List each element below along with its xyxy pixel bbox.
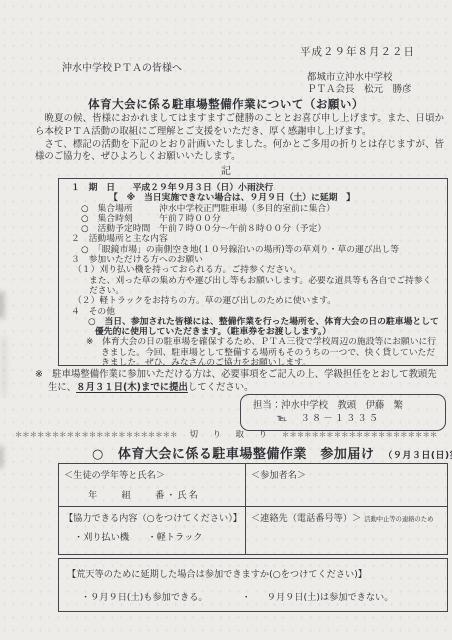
notice-line: ○ 集合時刻 午前７時００分 — [59, 214, 439, 224]
option-separator-dot: ・ — [242, 589, 251, 603]
document-date: 平成２９年８月２２日 — [300, 44, 415, 59]
contact-number-note: 活動中止等の連絡のため — [364, 516, 433, 523]
student-name-header: ＜生徒の学年等と氏名＞ — [64, 467, 240, 481]
notice-line: （１）刈り払い機を持っておられる方。ご持参ください。 — [59, 265, 439, 275]
greeting-paragraph-1: 晩夏の候、皆様におかれましてはますますご健勝のこととお喜び申し上げます。また、日… — [35, 113, 444, 139]
postponement-option-yes[interactable]: ・９月９日(土)も参加できる。 — [81, 589, 208, 603]
notice-line: ４ その他 — [59, 307, 439, 317]
cutline-stars-right: ＊＊＊＊＊＊＊＊＊＊＊＊＊＊＊＊＊＊＊＊＊ — [282, 429, 437, 440]
notice-line: ○ 集合場所 沖水中学校正門駐車場（多目的室前に集合） — [59, 204, 439, 214]
participant-name-header: ＜参加者名＞ — [251, 467, 442, 481]
notice-line: 【 ※ 当日実施できない場合は、９月９日（土）に延期 】 — [59, 193, 439, 203]
notice-line: ○ 当日、参加された皆様には、整備作業を行った場所を、体育大会の日の駐車場として… — [59, 317, 439, 338]
notice-details-box: １ 期 日 平成２９年９月３日（日）小雨決行 【 ※ 当日実施できない場合は、９… — [58, 178, 448, 366]
submission-deadline: ８月３１日(木)までに提出 — [76, 382, 188, 393]
notice-line: ２ 活動場所と主な内容 — [59, 234, 439, 244]
postponement-question-box: 【荒天等のために延期した場合は参加できますか(○をつけてください)】 ・９月９日… — [58, 558, 448, 612]
sender-name: ＰＴＡ会長 松元 勝彦 — [307, 84, 412, 96]
scan-smudge — [2, 336, 6, 396]
scanned-document-page: 平成２９年８月２２日 沖水中学校ＰＴＡの皆様へ 都城市立沖水中学校 ＰＴＡ会長 … — [0, 0, 452, 640]
document-title: 体育大会に係る駐車場整備作業について（お願い） — [0, 96, 452, 112]
notice-line: また、刈った草の集め方や運び出し等もお願いします。必要な道具等も各自でご持参くだ… — [59, 276, 439, 297]
contact-person: 担当：沖水中学校 教頭 伊藤 繁 — [253, 399, 437, 412]
postponement-question: 【荒天等のために延期した場合は参加できますか(○をつけてください)】 — [67, 566, 439, 580]
cut-here-line: ＊＊＊＊＊＊＊＊＊＊＊＊＊＊＊＊＊＊＊＊＊＊ 切 り 取 り ＊＊＊＊＊＊＊＊＊… — [0, 428, 452, 440]
notice-line: ○ 活動予定時間 午前７時００分～午前８時００分（予定） — [59, 224, 439, 234]
postponement-option-no[interactable]: ９月９日(土)は参加できない。 — [267, 589, 394, 603]
form-title: ○体育大会に係る駐車場整備作業 参加届け （９月３日(日)実施） — [92, 443, 452, 462]
cutline-stars-left: ＊＊＊＊＊＊＊＊＊＊＊＊＊＊＊＊＊＊＊＊＊＊ — [15, 429, 178, 440]
participant-name-cell[interactable]: ＜参加者名＞ — [246, 464, 447, 507]
cutline-label: 切 り 取 り — [189, 428, 270, 440]
recipient-line: 沖水中学校ＰＴＡの皆様へ — [62, 59, 182, 74]
submission-instruction-tail: してください。 — [188, 382, 254, 393]
cooperation-header: 【協力できる内容（○をつけてください）】 — [64, 510, 240, 524]
notice-line: １ 期 日 平成２９年９月３日（日）小雨決行 — [59, 183, 439, 193]
postponement-options: ・９月９日(土)も参加できる。 ・ ９月９日(土)は参加できない。 — [67, 589, 439, 603]
greeting-paragraphs: 晩夏の候、皆様におかれましてはますますご健勝のこととお喜び申し上げます。また、日… — [35, 113, 444, 164]
contact-phone: ℡ ３８－１３３５ — [253, 412, 437, 425]
contact-info-box: 担当：沖水中学校 教頭 伊藤 繁 ℡ ３８－１３３５ — [240, 394, 446, 431]
participation-form-table: ＜生徒の学年等と氏名＞ 年 組 番・氏名 ＜参加者名＞ 【協力できる内容（○をつ… — [58, 463, 448, 555]
form-title-text: 体育大会に係る駐車場整備作業 参加届け — [118, 447, 375, 462]
contact-number-cell[interactable]: ＜連絡先（電話番号等）＞ 活動中止等の連絡のため — [246, 507, 447, 554]
submission-instruction: ※ 駐車場整備作業に参加いただける方は、必要事項をご記入の上、学級担任をとおして… — [35, 369, 443, 394]
cooperation-options[interactable]: ・刈り払い機 ・軽トラック — [64, 529, 240, 543]
form-title-mark: ○ — [92, 447, 104, 462]
student-name-sub: 年 組 番・氏名 — [64, 487, 240, 501]
sender-block: 都城市立沖水中学校 ＰＴＡ会長 松元 勝彦 — [307, 72, 412, 96]
contact-number-header: ＜連絡先（電話番号等）＞ — [251, 513, 361, 524]
scan-smudge — [0, 292, 4, 318]
student-name-cell[interactable]: ＜生徒の学年等と氏名＞ 年 組 番・氏名 — [59, 464, 246, 507]
greeting-paragraph-2: さて、標記の活動を下記のとおり計画いたしました。何かとご多用の折りとは存じますが… — [35, 139, 444, 165]
sender-organization: 都城市立沖水中学校 — [307, 72, 412, 84]
record-mark: 記 — [0, 162, 452, 177]
scan-smudge — [0, 446, 3, 468]
notice-line: ○ 「眼鏡市場」の南側空き地(１０号線沿いの場所)等の草刈り・草の運び出し等 — [59, 245, 439, 255]
notice-line: ３ 参加いただける方へのお願い — [59, 255, 439, 265]
cooperation-cell[interactable]: 【協力できる内容（○をつけてください）】 ・刈り払い機 ・軽トラック — [59, 507, 246, 554]
notice-line: （２）軽トラックをお持ちの方。草の運び出しのために使います。 — [59, 296, 439, 306]
notice-line: ※ 体育大会の日の駐車場を確保するため、ＰＴＡ三役で学校周辺の施設等にお願いに行… — [59, 337, 439, 366]
form-title-date-note: （９月３日(日)実施） — [388, 451, 452, 461]
